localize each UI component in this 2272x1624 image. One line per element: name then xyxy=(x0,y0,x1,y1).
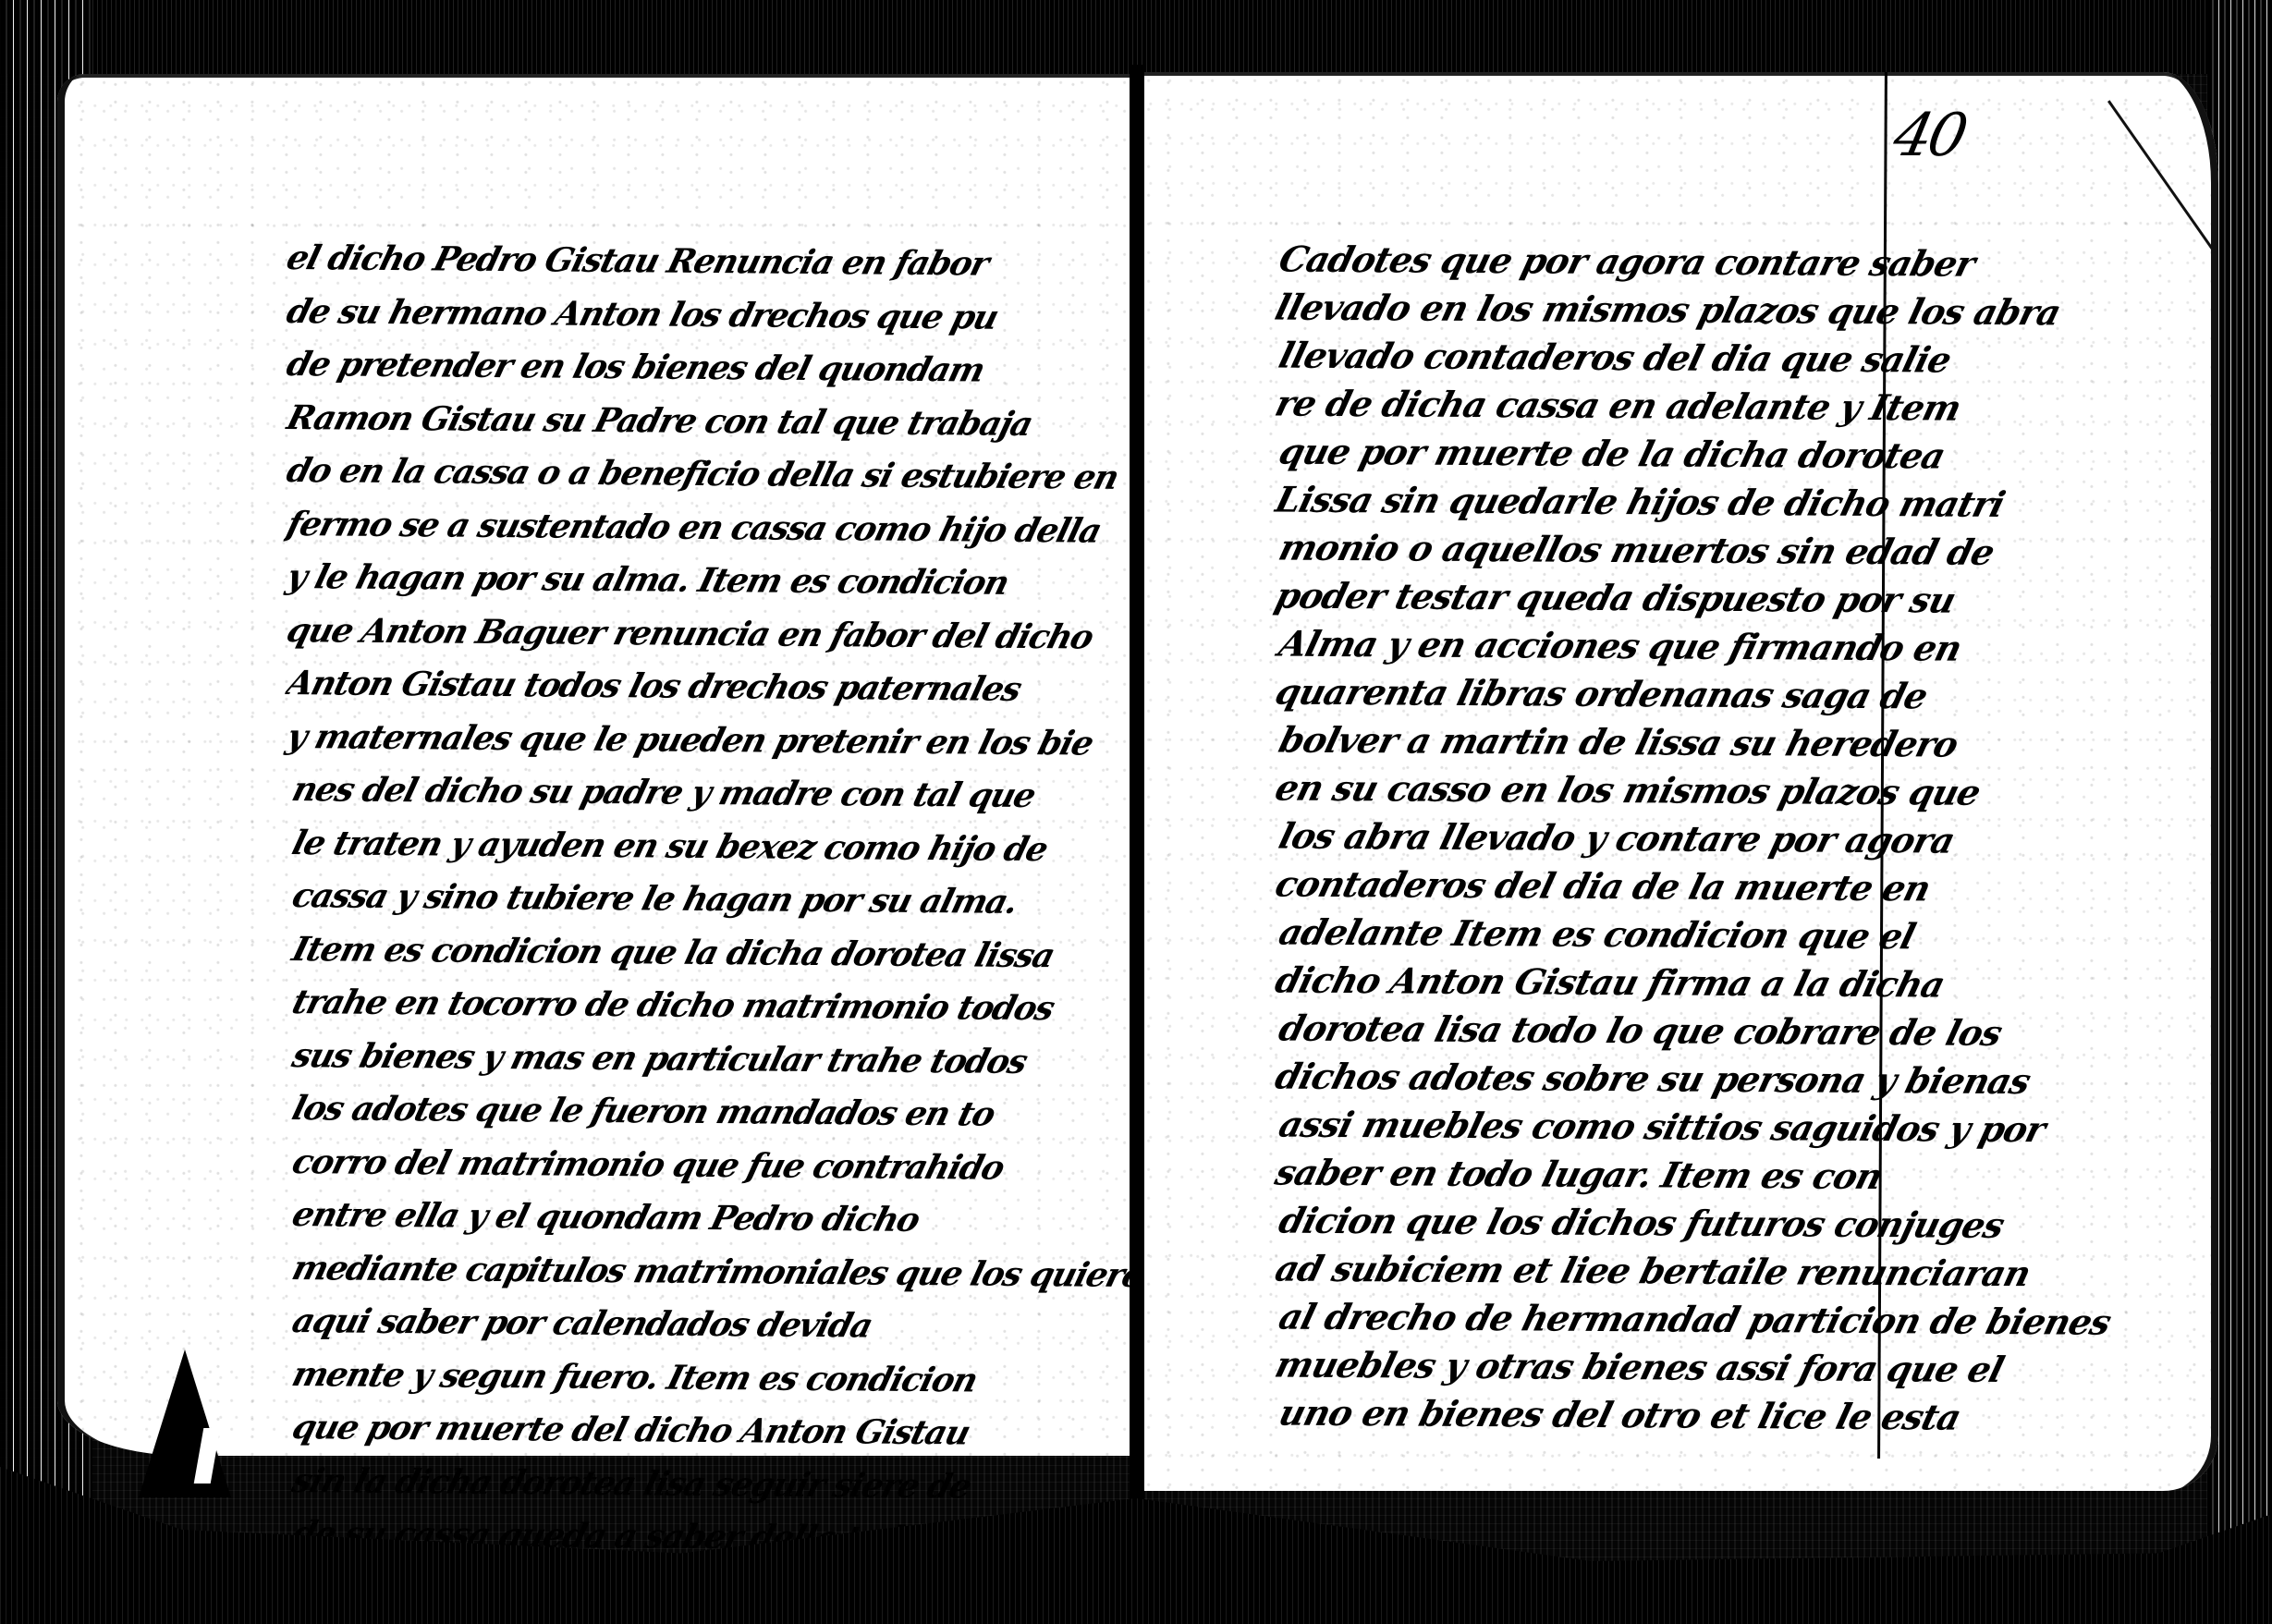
manuscript-line: uno en bienes del otro et lice le esta xyxy=(1270,1389,2205,1444)
left-page-text: el dicho Pedro Gistau Renuncia en fabor … xyxy=(287,236,1137,1565)
manuscript-line: ad subiciem et liee bertaile renunciaran xyxy=(1270,1245,2205,1300)
manuscript-line: monio o aquellos muertos sin edad de xyxy=(1270,524,2205,579)
manuscript-line: de pretender en los bienes del quondam xyxy=(281,338,1143,399)
manuscript-scan: 40 el dicho Pedro Gistau Renuncia en fab… xyxy=(0,0,2272,1624)
manuscript-line: llevado contaderos del dia que salie xyxy=(1270,332,2205,386)
manuscript-line: los abra llevado y contare por agora xyxy=(1270,812,2205,867)
manuscript-line: fermo se a sustentado en cassa como hijo… xyxy=(281,497,1143,558)
manuscript-line: de su hermano Anton los drechos que pu xyxy=(281,285,1143,346)
manuscript-line: dicion que los dichos futuros conjuges xyxy=(1270,1197,2205,1252)
manuscript-line: dichos adotes sobre su persona y bienas xyxy=(1270,1053,2205,1107)
manuscript-line: quarenta libras ordenanas saga de xyxy=(1270,668,2205,723)
manuscript-line: llevado en los mismos plazos que los abr… xyxy=(1270,284,2205,338)
right-page-text: Cadotes que por agora contare saber llev… xyxy=(1276,238,2200,1440)
manuscript-line: Anton Gistau todos los drechos paternale… xyxy=(281,657,1143,718)
manuscript-line: corro del matrimonio que fue contrahido xyxy=(281,1135,1143,1196)
page-number: 40 xyxy=(1887,102,1970,170)
manuscript-line: trahe en tocorro de dicho matrimonio tod… xyxy=(281,976,1143,1037)
manuscript-line: re de dicha cassa en adelante y Item xyxy=(1270,380,2205,434)
manuscript-line: saber en todo lugar. Item es con xyxy=(1270,1149,2205,1203)
manuscript-line: Alma y en acciones que firmando en xyxy=(1270,620,2205,675)
manuscript-line: Cadotes que por agora contare saber xyxy=(1270,236,2205,290)
manuscript-line: le traten y ayuden en su bexez como hijo… xyxy=(281,816,1143,877)
manuscript-line: Item es condicion que la dicha dorotea l… xyxy=(281,922,1143,983)
manuscript-line: Ramon Gistau su Padre con tal que trabaj… xyxy=(281,391,1143,452)
manuscript-line: al drecho de hermandad particion de bien… xyxy=(1270,1293,2205,1348)
manuscript-line: mente y segun fuero. Item es condicion xyxy=(281,1348,1143,1409)
manuscript-line: y le hagan por su alma. Item es condicio… xyxy=(281,551,1143,612)
manuscript-line: dorotea lisa todo lo que cobrare de los xyxy=(1270,1005,2205,1059)
manuscript-line: dicho Anton Gistau firma a la dicha xyxy=(1270,957,2205,1011)
manuscript-line: sus bienes y mas en particular trahe tod… xyxy=(281,1029,1143,1090)
manuscript-line: nes del dicho su padre y madre con tal q… xyxy=(281,763,1143,824)
manuscript-line: que Anton Baguer renuncia en fabor del d… xyxy=(281,604,1143,665)
manuscript-line: adelante Item es condicion que el xyxy=(1270,909,2205,963)
manuscript-line: el dicho Pedro Gistau Renuncia en fabor xyxy=(281,232,1143,293)
manuscript-line: contaderos del dia de la muerte en xyxy=(1270,861,2205,915)
manuscript-line: assi muebles como sittios saguidos y por xyxy=(1270,1101,2205,1155)
manuscript-line: que por muerte del dicho Anton Gistau xyxy=(281,1401,1143,1462)
manuscript-line: cassa y sino tubiere le hagan por su alm… xyxy=(281,870,1143,931)
manuscript-line: aqui saber por calendados devida xyxy=(281,1295,1143,1356)
manuscript-line: mediante capitulos matrimoniales que los… xyxy=(281,1241,1143,1302)
manuscript-line: entre ella y el quondam Pedro dicho xyxy=(281,1189,1143,1250)
manuscript-line: sin la dicha dorotea lisa seguir siere d… xyxy=(281,1454,1143,1515)
scan-top-border xyxy=(0,0,2272,74)
manuscript-line: los adotes que le fueron mandados en to xyxy=(281,1082,1143,1143)
manuscript-line: en su casso en los mismos plazos que xyxy=(1270,764,2205,819)
manuscript-line: poder testar queda dispuesto por su xyxy=(1270,572,2205,627)
manuscript-line: que por muerte de la dicha dorotea xyxy=(1270,428,2205,482)
manuscript-line: muebles y otras bienes assi fora que el xyxy=(1270,1341,2205,1396)
manuscript-line: Lissa sin quedarle hijos de dicho matri xyxy=(1270,476,2205,531)
manuscript-line: y maternales que le pueden pretenir en l… xyxy=(281,710,1143,771)
page-corner-shadow xyxy=(139,1349,231,1497)
manuscript-line: bolver a martin de lissa su heredero xyxy=(1270,716,2205,771)
manuscript-line: do en la cassa o a beneficio della si es… xyxy=(281,445,1143,506)
